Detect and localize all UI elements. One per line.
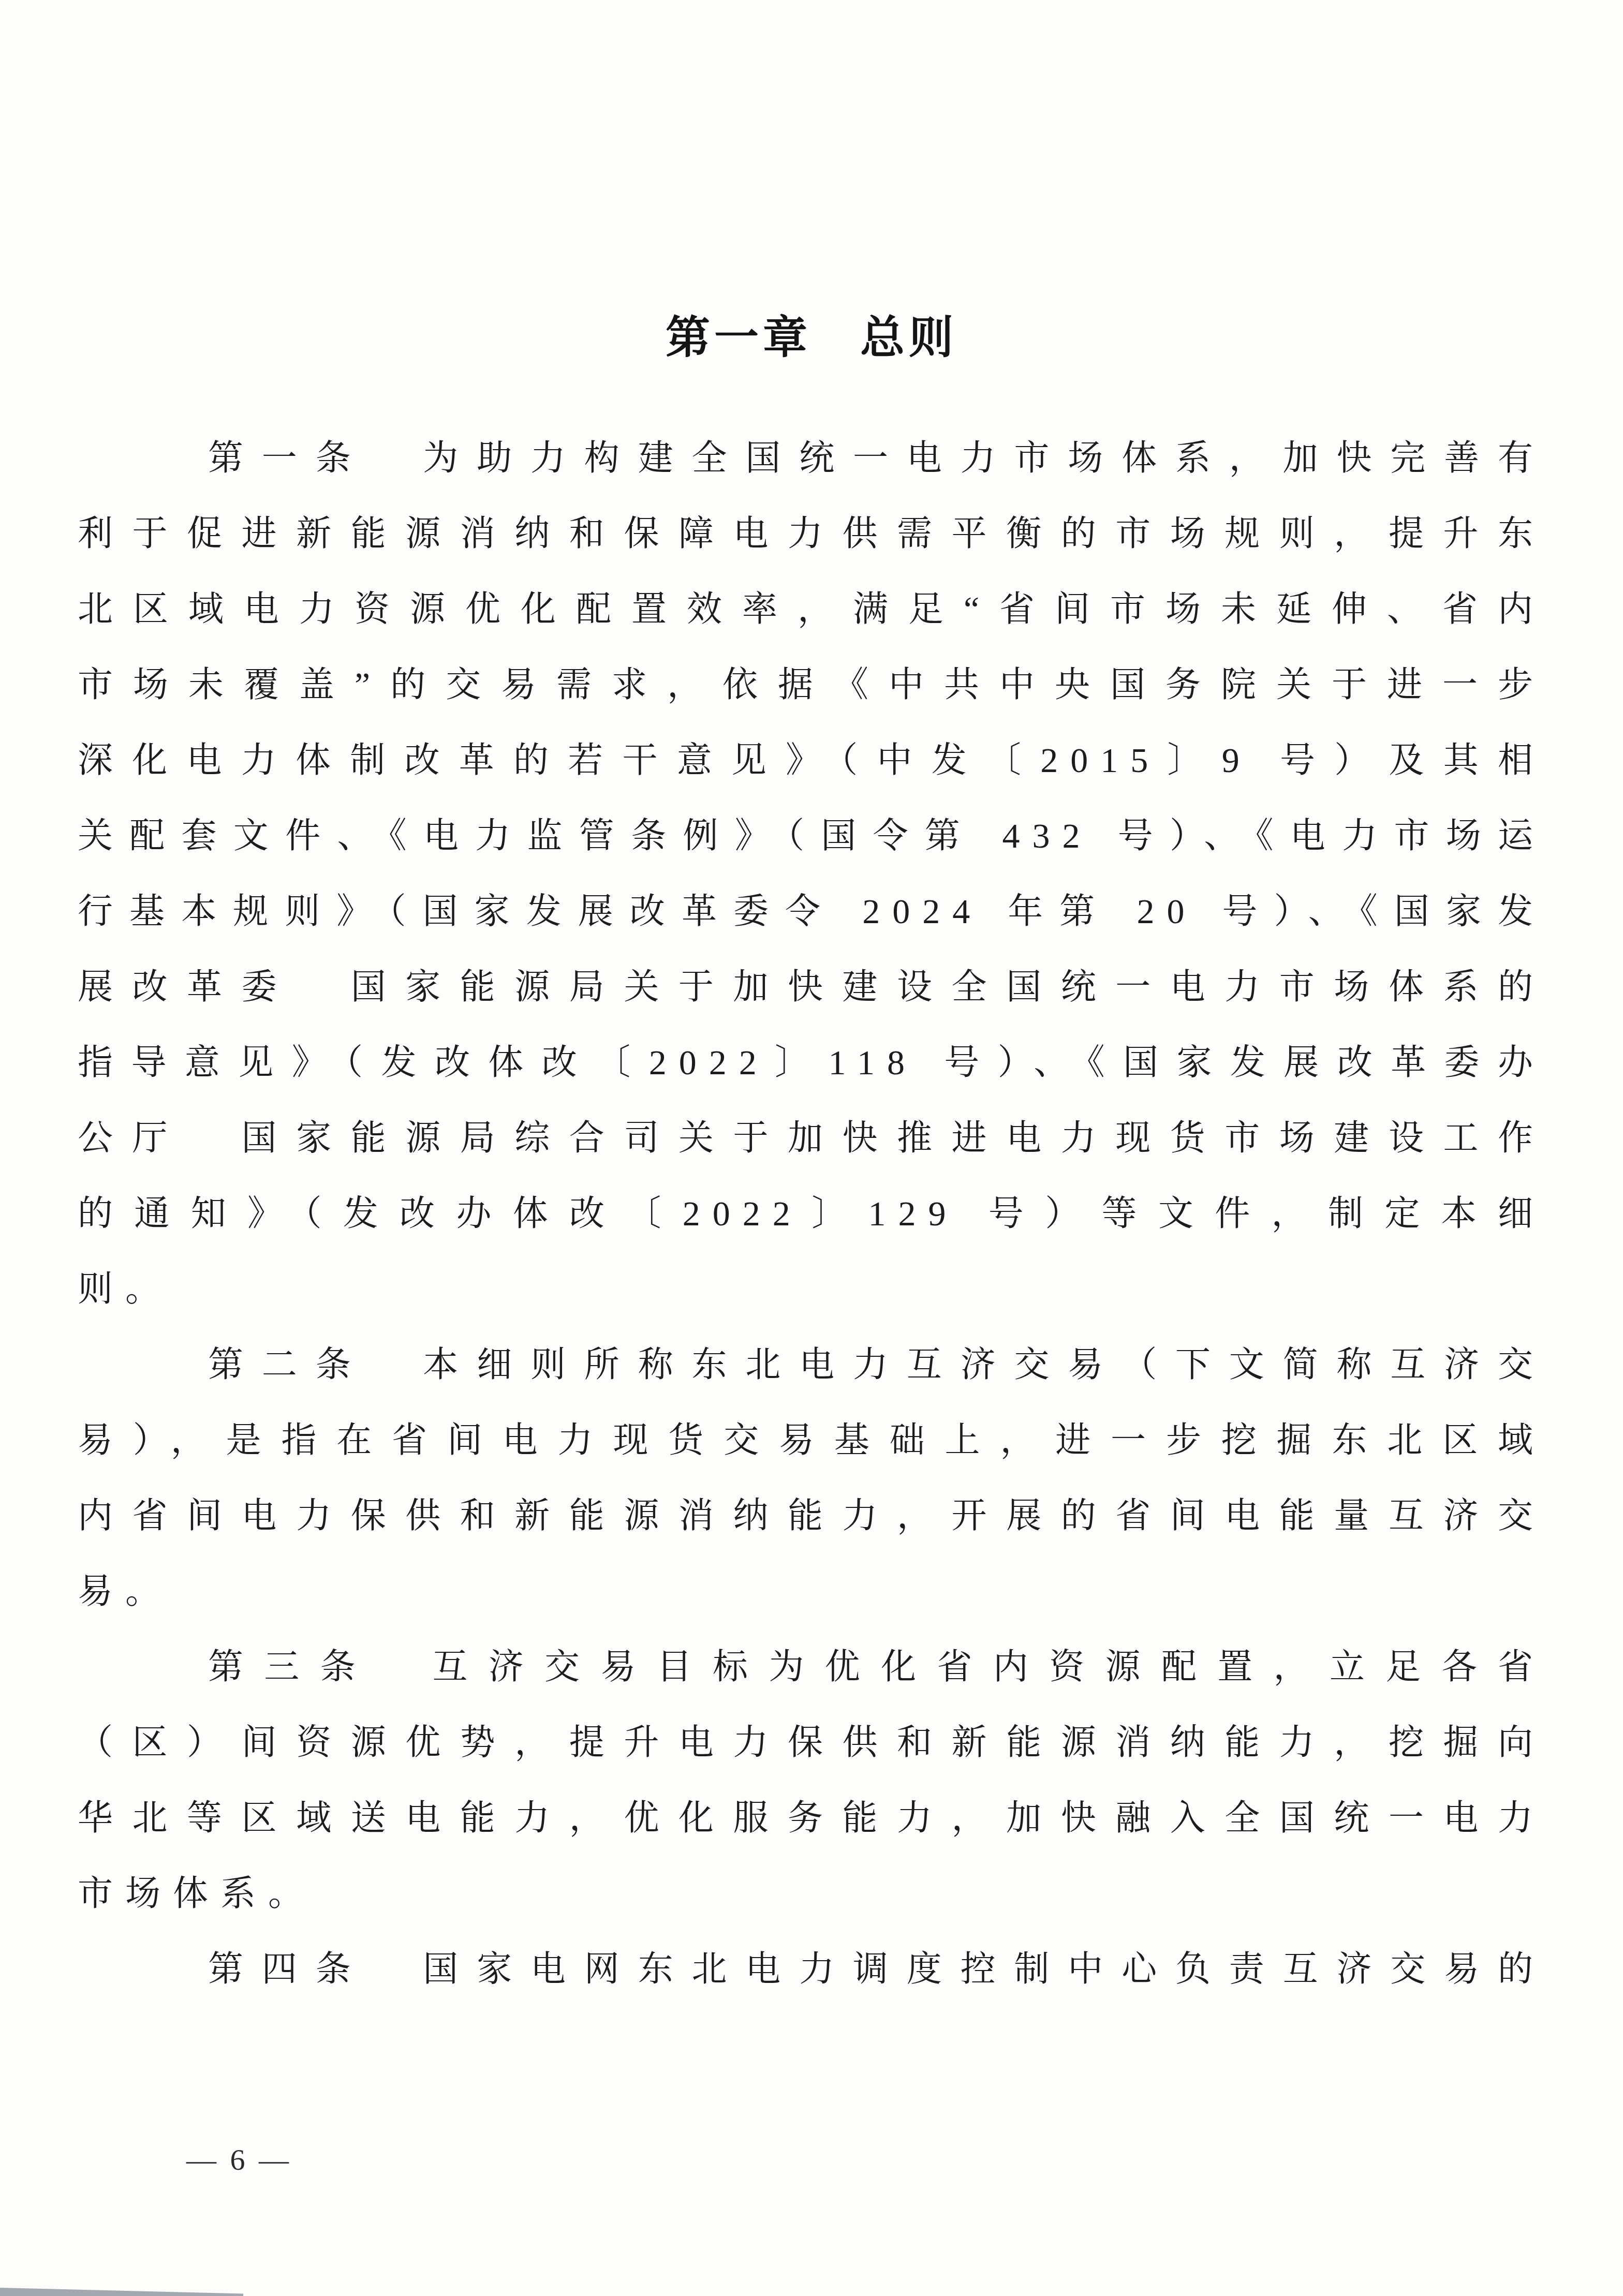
document-body: 第一条 为助力构建全国统一电力市场体系，加快完善有利于促进新能源消纳和保障电力供… <box>78 420 1545 2007</box>
text-line: 易。 <box>78 1553 1545 1629</box>
text-line: 第二条 本细则所称东北电力互济交易（下文简称互济交 <box>78 1327 1545 1402</box>
text-line: 深化电力体制改革的若干意见》（中发〔2015〕9 号）及其相 <box>78 722 1545 798</box>
text-line: 市场未覆盖”的交易需求，依据《中共中央国务院关于进一步 <box>78 647 1545 722</box>
page-footer: — 6 — <box>186 2142 292 2177</box>
text-line: 展改革委 国家能源局关于加快建设全国统一电力市场体系的 <box>78 949 1545 1025</box>
document-page: 第一章 总则 第一条 为助力构建全国统一电力市场体系，加快完善有利于促进新能源消… <box>0 0 1623 2296</box>
text-line: 的通知》（发改办体改〔2022〕129 号）等文件，制定本细 <box>78 1176 1545 1251</box>
text-line: 第四条 国家电网东北电力调度控制中心负责互济交易的 <box>78 1931 1545 2007</box>
text-line: 指导意见》（发改体改〔2022〕118 号）、《国家发展改革委办 <box>78 1025 1545 1100</box>
text-line: 第一条 为助力构建全国统一电力市场体系，加快完善有 <box>78 420 1545 496</box>
text-line: 利于促进新能源消纳和保障电力供需平衡的市场规则，提升东 <box>78 496 1545 571</box>
text-line: 第三条 互济交易目标为优化省内资源配置，立足各省 <box>78 1629 1545 1705</box>
text-line: 关配套文件、《电力监管条例》（国令第 432 号）、《电力市场运 <box>78 798 1545 873</box>
text-line: 华北等区域送电能力，优化服务能力，加快融入全国统一电力 <box>78 1780 1545 1856</box>
text-line: 北区域电力资源优化配置效率，满足“省间市场未延伸、省内 <box>78 571 1545 647</box>
text-line: 则。 <box>78 1251 1545 1327</box>
text-line: 易），是指在省间电力现货交易基础上，进一步挖掘东北区域 <box>78 1402 1545 1478</box>
text-line: 市场体系。 <box>78 1856 1545 1931</box>
scan-edge-shadow <box>0 2286 243 2296</box>
text-line: 行基本规则》（国家发展改革委令 2024 年第 20 号）、《国家发 <box>78 873 1545 949</box>
text-line: （区）间资源优势，提升电力保供和新能源消纳能力，挖掘向 <box>78 1705 1545 1780</box>
text-line: 内省间电力保供和新能源消纳能力，开展的省间电能量互济交 <box>78 1478 1545 1553</box>
text-line: 公厅 国家能源局综合司关于加快推进电力现货市场建设工作 <box>78 1100 1545 1176</box>
page-number: — 6 — <box>186 2143 292 2176</box>
chapter-title: 第一章 总则 <box>0 0 1623 366</box>
